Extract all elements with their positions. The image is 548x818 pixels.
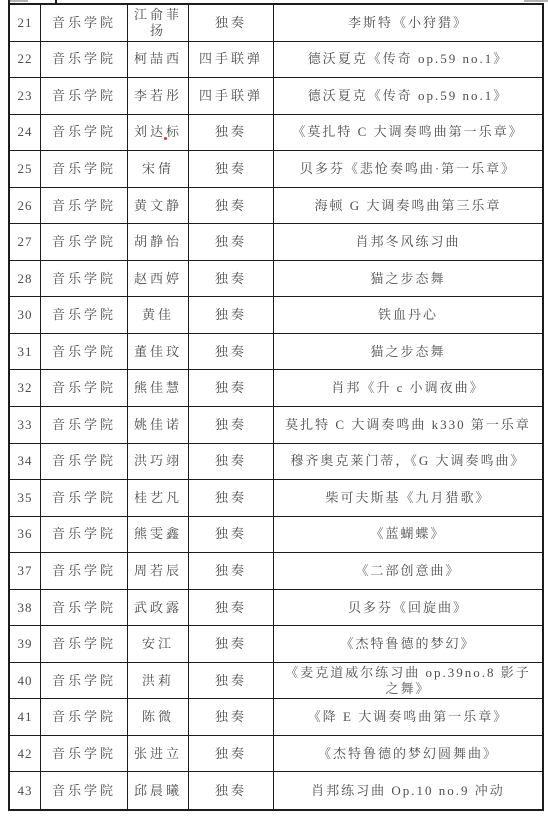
cell-number: 26 (10, 188, 41, 224)
cell-perform-type: 独奏 (189, 334, 274, 370)
cell-number: 39 (10, 626, 41, 662)
cell-student-name: 董佳玟 (128, 334, 189, 370)
cell-perform-type: 独奏 (189, 188, 274, 224)
cell-college: 音乐学院 (41, 699, 128, 735)
table-row: 36 音乐学院 熊雯鑫 独奏 《蓝蝴蝶》 (10, 517, 542, 554)
cell-student-name: 刘达标 (128, 115, 189, 151)
table-row: 34 音乐学院 洪巧翊 独奏 穆齐奥克莱门蒂，《G 大调奏鸣曲》 (10, 444, 542, 481)
cell-college: 音乐学院 (41, 626, 128, 662)
table-row: 28 音乐学院 赵西婷 独奏 猫之步态舞 (10, 261, 542, 298)
cell-college: 音乐学院 (41, 736, 128, 772)
cell-college: 音乐学院 (41, 297, 128, 333)
cell-number: 32 (10, 370, 41, 406)
cell-college: 音乐学院 (41, 151, 128, 187)
cell-perform-type: 独奏 (189, 224, 274, 260)
cell-perform-type: 独奏 (189, 151, 274, 187)
cell-perform-type: 独奏 (189, 407, 274, 443)
cell-number: 43 (10, 772, 41, 809)
cell-student-name: 江俞菲扬 (128, 5, 189, 41)
cell-piece-title: 《莫扎特 C 大调奏鸣曲第一乐章》 (274, 115, 542, 151)
cell-number: 21 (10, 5, 41, 41)
cell-college: 音乐学院 (41, 590, 128, 626)
cell-college: 音乐学院 (41, 224, 128, 260)
table-row: 27 音乐学院 胡静怡 独奏 肖邦冬风练习曲 (10, 224, 542, 261)
table-row: 23 音乐学院 李若彤 四手联弹 德沃夏克《传奇 op.59 no.1》 (10, 78, 542, 115)
cell-number: 42 (10, 736, 41, 772)
cell-college: 音乐学院 (41, 78, 128, 114)
cell-college: 音乐学院 (41, 42, 128, 78)
cell-perform-type: 独奏 (189, 5, 274, 41)
cell-piece-title: 肖邦冬风练习曲 (274, 224, 542, 260)
cell-college: 音乐学院 (41, 5, 128, 41)
cell-piece-title: 铁血丹心 (274, 297, 542, 333)
cell-perform-type: 独奏 (189, 480, 274, 516)
cell-number: 28 (10, 261, 41, 297)
cell-college: 音乐学院 (41, 115, 128, 151)
cell-student-name: 赵西婷 (128, 261, 189, 297)
cell-piece-title: 《麦克道威尔练习曲 op.39no.8 影子之舞》 (274, 663, 542, 699)
cell-perform-type: 独奏 (189, 370, 274, 406)
cell-piece-title: 《杰特鲁德的梦幻》 (274, 626, 542, 662)
cell-perform-type: 独奏 (189, 115, 274, 151)
cell-perform-type: 独奏 (189, 736, 274, 772)
cell-college: 音乐学院 (41, 188, 128, 224)
cell-college: 音乐学院 (41, 261, 128, 297)
cell-piece-title: 海顿 G 大调奏鸣曲第三乐章 (274, 188, 542, 224)
cell-piece-title: 李斯特《小狩猎》 (274, 5, 542, 41)
cell-college: 音乐学院 (41, 517, 128, 553)
cell-college: 音乐学院 (41, 407, 128, 443)
cell-number: 40 (10, 663, 41, 699)
cell-piece-title: 贝多芬《悲怆奏鸣曲·第一乐章》 (274, 151, 542, 187)
cell-number: 31 (10, 334, 41, 370)
cell-piece-title: 德沃夏克《传奇 op.59 no.1》 (274, 42, 542, 78)
cell-student-name: 陈微 (128, 699, 189, 735)
cell-number: 27 (10, 224, 41, 260)
cell-number: 33 (10, 407, 41, 443)
cell-student-name: 武政露 (128, 590, 189, 626)
table-row: 43 音乐学院 邱晨曦 独奏 肖邦练习曲 Op.10 no.9 冲动 (10, 772, 542, 809)
cell-number: 24 (10, 115, 41, 151)
cell-piece-title: 《杰特鲁德的梦幻圆舞曲》 (274, 736, 542, 772)
cell-piece-title: 柴可夫斯基《九月猎歌》 (274, 480, 542, 516)
cell-number: 37 (10, 553, 41, 589)
cell-college: 音乐学院 (41, 444, 128, 480)
cell-student-name: 柯喆西 (128, 42, 189, 78)
performance-table: 21 音乐学院 江俞菲扬 独奏 李斯特《小狩猎》 22 音乐学院 柯喆西 四手联… (8, 3, 544, 811)
cell-perform-type: 独奏 (189, 590, 274, 626)
cell-number: 25 (10, 151, 41, 187)
cell-piece-title: 贝多芬《回旋曲》 (274, 590, 542, 626)
cell-piece-title: 《二部创意曲》 (274, 553, 542, 589)
table-row: 38 音乐学院 武政露 独奏 贝多芬《回旋曲》 (10, 590, 542, 627)
cell-perform-type: 独奏 (189, 517, 274, 553)
table-row: 41 音乐学院 陈微 独奏 《降 E 大调奏鸣曲第一乐章》 (10, 699, 542, 736)
cell-number: 30 (10, 297, 41, 333)
cell-number: 36 (10, 517, 41, 553)
cell-number: 22 (10, 42, 41, 78)
cell-piece-title: 猫之步态舞 (274, 334, 542, 370)
table-row: 21 音乐学院 江俞菲扬 独奏 李斯特《小狩猎》 (10, 5, 542, 42)
cell-student-name: 洪莉 (128, 663, 189, 699)
cell-college: 音乐学院 (41, 553, 128, 589)
table-row: 32 音乐学院 熊佳慧 独奏 肖邦《升 c 小调夜曲》 (10, 370, 542, 407)
cell-number: 38 (10, 590, 41, 626)
cell-college: 音乐学院 (41, 480, 128, 516)
cell-student-name: 邱晨曦 (128, 772, 189, 809)
cell-perform-type: 独奏 (189, 553, 274, 589)
cell-piece-title: 德沃夏克《传奇 op.59 no.1》 (274, 78, 542, 114)
table-row: 22 音乐学院 柯喆西 四手联弹 德沃夏克《传奇 op.59 no.1》 (10, 42, 542, 79)
cell-student-name: 胡静怡 (128, 224, 189, 260)
table-row: 30 音乐学院 黄佳 独奏 铁血丹心 (10, 297, 542, 334)
table-row: 26 音乐学院 黄文静 独奏 海顿 G 大调奏鸣曲第三乐章 (10, 188, 542, 225)
cell-number: 41 (10, 699, 41, 735)
table-row: 33 音乐学院 姚佳诺 独奏 莫扎特 C 大调奏鸣曲 k330 第一乐章 (10, 407, 542, 444)
cell-piece-title: 《蓝蝴蝶》 (274, 517, 542, 553)
cell-number: 35 (10, 480, 41, 516)
cell-piece-title: 《降 E 大调奏鸣曲第一乐章》 (274, 699, 542, 735)
cell-student-name: 周若辰 (128, 553, 189, 589)
scan-artifact-top-left (8, 0, 28, 2)
cell-perform-type: 独奏 (189, 699, 274, 735)
cell-piece-title: 猫之步态舞 (274, 261, 542, 297)
cell-student-name: 李若彤 (128, 78, 189, 114)
table-row: 35 音乐学院 桂艺凡 独奏 柴可夫斯基《九月猎歌》 (10, 480, 542, 517)
cell-student-name: 宋倩 (128, 151, 189, 187)
cell-piece-title: 穆齐奥克莱门蒂，《G 大调奏鸣曲》 (274, 444, 542, 480)
table-row: 24 音乐学院 刘达标 独奏 《莫扎特 C 大调奏鸣曲第一乐章》 (10, 115, 542, 152)
cell-student-name: 熊佳慧 (128, 370, 189, 406)
cell-perform-type: 独奏 (189, 772, 274, 809)
cell-college: 音乐学院 (41, 370, 128, 406)
cell-perform-type: 独奏 (189, 444, 274, 480)
scan-artifact-top-right (524, 0, 548, 2)
cell-piece-title: 莫扎特 C 大调奏鸣曲 k330 第一乐章 (274, 407, 542, 443)
cell-perform-type: 四手联弹 (189, 42, 274, 78)
cell-perform-type: 独奏 (189, 297, 274, 333)
cell-student-name: 洪巧翊 (128, 444, 189, 480)
cell-piece-title: 肖邦练习曲 Op.10 no.9 冲动 (274, 772, 542, 809)
cell-student-name: 黄佳 (128, 297, 189, 333)
cell-college: 音乐学院 (41, 772, 128, 809)
cell-piece-title: 肖邦《升 c 小调夜曲》 (274, 370, 542, 406)
cell-perform-type: 四手联弹 (189, 78, 274, 114)
cell-college: 音乐学院 (41, 663, 128, 699)
cell-perform-type: 独奏 (189, 261, 274, 297)
table-row: 40 音乐学院 洪莉 独奏 《麦克道威尔练习曲 op.39no.8 影子之舞》 (10, 663, 542, 700)
table-row: 39 音乐学院 安江 独奏 《杰特鲁德的梦幻》 (10, 626, 542, 663)
cell-student-name: 黄文静 (128, 188, 189, 224)
cell-student-name: 熊雯鑫 (128, 517, 189, 553)
cell-perform-type: 独奏 (189, 626, 274, 662)
cell-student-name: 张进立 (128, 736, 189, 772)
cell-number: 23 (10, 78, 41, 114)
table-row: 31 音乐学院 董佳玟 独奏 猫之步态舞 (10, 334, 542, 371)
cell-student-name: 姚佳诺 (128, 407, 189, 443)
cell-college: 音乐学院 (41, 334, 128, 370)
table-row: 25 音乐学院 宋倩 独奏 贝多芬《悲怆奏鸣曲·第一乐章》 (10, 151, 542, 188)
table-row: 42 音乐学院 张进立 独奏 《杰特鲁德的梦幻圆舞曲》 (10, 736, 542, 773)
cell-student-name: 安江 (128, 626, 189, 662)
table-row: 37 音乐学院 周若辰 独奏 《二部创意曲》 (10, 553, 542, 590)
cell-student-name: 桂艺凡 (128, 480, 189, 516)
cell-number: 34 (10, 444, 41, 480)
cell-perform-type: 独奏 (189, 663, 274, 699)
